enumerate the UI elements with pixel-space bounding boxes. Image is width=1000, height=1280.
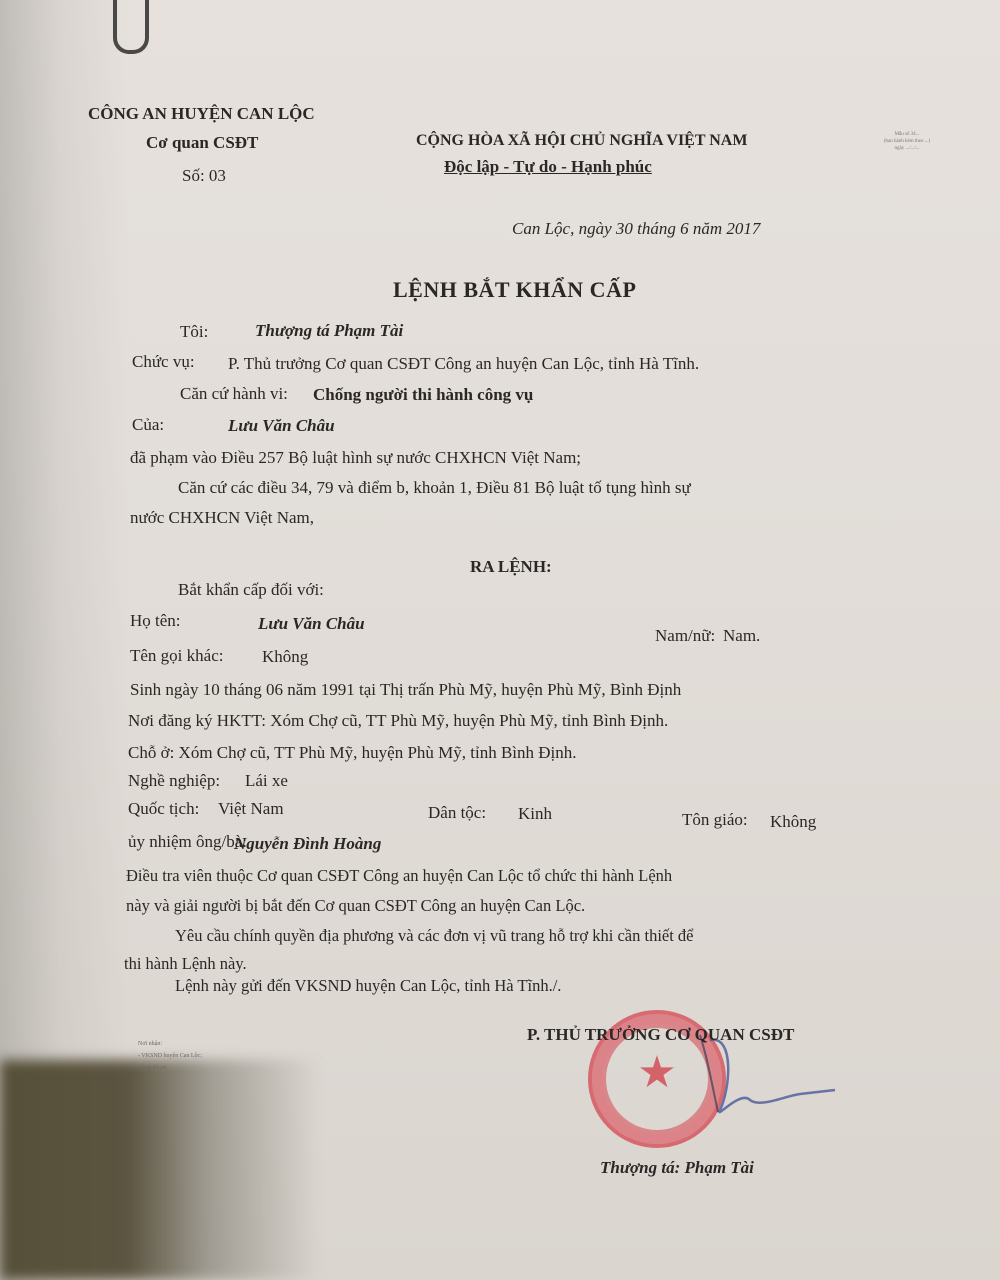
position-label: Chức vụ: bbox=[132, 352, 195, 372]
signature-title: P. THỦ TRƯỞNG CƠ QUAN CSĐT bbox=[527, 1025, 794, 1045]
subject-gender: Nam. bbox=[723, 626, 760, 646]
subject-nationality: Việt Nam bbox=[218, 799, 284, 819]
name-label: Họ tên: bbox=[130, 611, 181, 631]
of-name: Lưu Văn Châu bbox=[228, 416, 335, 436]
subject-religion: Không bbox=[770, 812, 816, 832]
recipients-block: Nơi nhận: - VKSND huyện Can Lộc; - Lưu h… bbox=[138, 1038, 202, 1074]
nationality-label: Quốc tịch: bbox=[128, 799, 199, 819]
document-number: Số: 03 bbox=[182, 166, 226, 186]
subject-alias: Không bbox=[262, 647, 308, 667]
execution-line1: Điều tra viên thuộc Cơ quan CSĐT Công an… bbox=[126, 866, 672, 886]
act-description: Chống người thi hành công vụ bbox=[313, 385, 533, 405]
gender-label: Nam/nữ: bbox=[655, 626, 715, 646]
request-line1: Yêu cầu chính quyền địa phương và các đơ… bbox=[175, 926, 694, 946]
registered-residence: Nơi đăng ký HKTT: Xóm Chợ cũ, TT Phù Mỹ,… bbox=[128, 711, 668, 731]
subject-intro: Bắt khẩn cấp đối với: bbox=[178, 580, 324, 600]
form-note: Mẫu số 34... (ban hành kèm theo ...) ngà… bbox=[832, 131, 982, 152]
delegate-label: ủy nhiệm ông/bà: bbox=[128, 832, 247, 852]
subject-name: Lưu Văn Châu bbox=[258, 614, 365, 634]
subject-ethnicity: Kinh bbox=[518, 804, 552, 824]
star-icon: ★ bbox=[632, 1048, 682, 1098]
nation-heading: CỘNG HÒA XÃ HỘI CHỦ NGHĨA VIỆT NAM bbox=[416, 131, 747, 151]
subject-occupation: Lái xe bbox=[245, 771, 288, 791]
occupation-label: Nghề nghiệp: bbox=[128, 771, 220, 791]
issuer-name: Thượng tá Phạm Tài bbox=[255, 321, 403, 341]
photo-edge-shadow bbox=[0, 1060, 320, 1280]
order-heading: RA LỆNH: bbox=[470, 557, 552, 577]
religion-label: Tôn giáo: bbox=[682, 810, 748, 830]
document-title: LỆNH BẮT KHẨN CẤP bbox=[393, 280, 636, 300]
delegate-name: Nguyễn Đình Hoàng bbox=[234, 834, 381, 854]
paperclip-icon bbox=[113, 0, 149, 54]
issuer-label: Tôi: bbox=[180, 322, 208, 342]
agency-name: CÔNG AN HUYỆN CAN LỘC bbox=[88, 104, 315, 124]
request-line2: thi hành Lệnh này. bbox=[124, 954, 247, 974]
legal-basis-line2: nước CHXHCN Việt Nam, bbox=[130, 508, 314, 528]
department-name: Cơ quan CSĐT bbox=[146, 133, 258, 153]
send-to-line: Lệnh này gửi đến VKSND huyện Can Lộc, tỉ… bbox=[175, 976, 561, 996]
ethnicity-label: Dân tộc: bbox=[428, 803, 486, 823]
current-residence: Chỗ ở: Xóm Chợ cũ, TT Phù Mỹ, huyện Phù … bbox=[128, 743, 577, 763]
issuer-position: P. Thủ trưởng Cơ quan CSĐT Công an huyện… bbox=[228, 354, 699, 374]
national-motto: Độc lập - Tự do - Hạnh phúc bbox=[444, 157, 652, 177]
act-label: Căn cứ hành vi: bbox=[180, 384, 288, 404]
place-date: Can Lộc, ngày 30 tháng 6 năm 2017 bbox=[512, 219, 760, 239]
violation-text: đã phạm vào Điều 257 Bộ luật hình sự nướ… bbox=[130, 448, 581, 468]
signer-name: Thượng tá: Phạm Tài bbox=[600, 1158, 754, 1178]
alias-label: Tên gọi khác: bbox=[130, 646, 223, 666]
legal-basis-line1: Căn cứ các điều 34, 79 và điểm b, khoản … bbox=[178, 478, 691, 498]
subject-birth: Sinh ngày 10 tháng 06 năm 1991 tại Thị t… bbox=[130, 680, 681, 700]
of-label: Của: bbox=[132, 415, 164, 435]
execution-line2: này và giải người bị bắt đến Cơ quan CSĐ… bbox=[126, 896, 585, 916]
signature-icon bbox=[690, 1030, 840, 1130]
